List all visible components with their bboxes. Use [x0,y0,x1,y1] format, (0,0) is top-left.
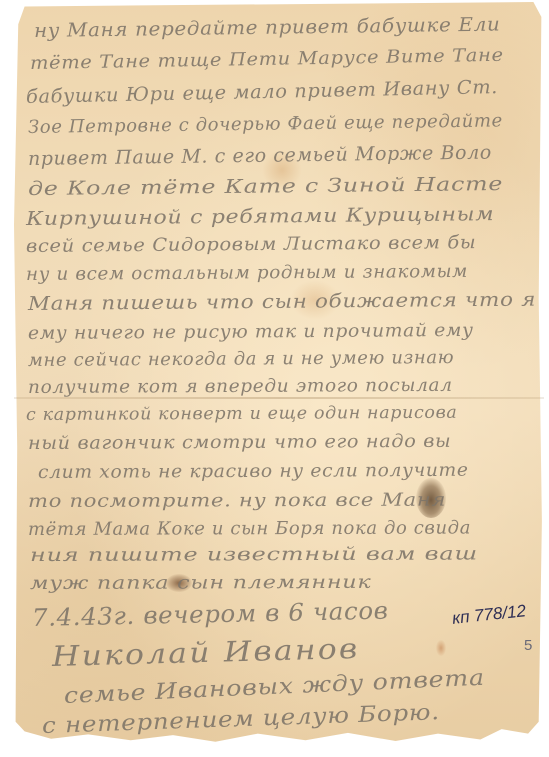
letter-line: с картинкой конверт и еще один нарисова [26,403,458,425]
letter-line: ния пишите известный вам ваш [30,543,478,566]
letter-line: ему ничего не рисую так и прочитай ему [28,320,474,344]
letter-line: муж папка сын племянник [30,572,372,594]
letter-line: всей семье Сидоровым Листако всем бы [26,232,477,257]
archive-sheet-number: 5 [524,637,532,654]
rust-spot [436,640,446,656]
letter-line: то посмотрите. ну пока все Маня [28,490,446,512]
letter-line: Маня пишешь что сын обижается что я [28,289,536,315]
letter-line: получите кот я впереди этого посылал [28,375,453,398]
letter-line: мне сейчас некогда да я и не умею изнаю [28,347,454,371]
letter-line: ный вагончик смотри что его надо вы [28,431,451,454]
letter-line: слит хоть не красиво ну если получите [38,460,469,483]
letter-line: тётя Мама Коке и сын Боря пока до свида [28,517,471,540]
letter-line: ну и всем остальным родным и знакомым [26,261,468,285]
